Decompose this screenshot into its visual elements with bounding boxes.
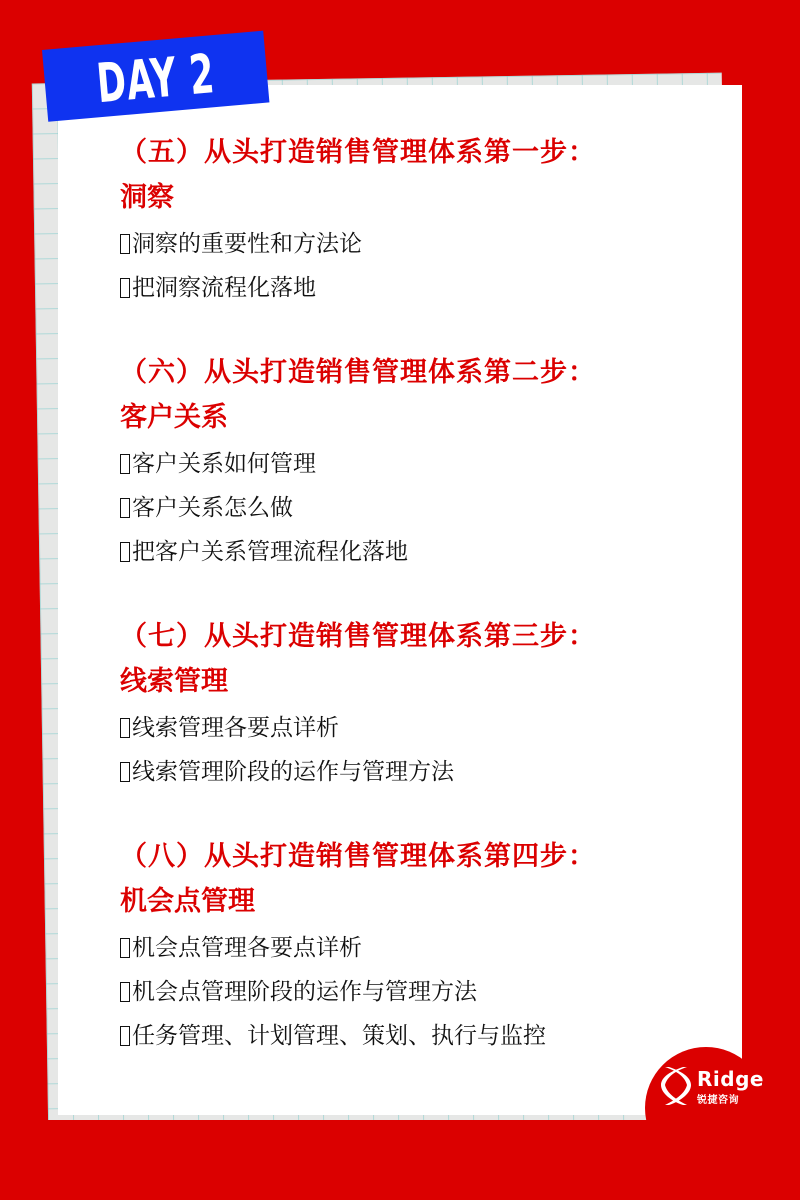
section-subtitle: 客户关系 xyxy=(120,398,690,438)
list-item: 把洞察流程化落地 xyxy=(120,266,690,310)
bullet-box-icon xyxy=(120,1026,130,1046)
list-item-text: 机会点管理各要点详析 xyxy=(132,935,362,961)
section-6: （六）从头打造销售管理体系第二步： 客户关系 客户关系如何管理 客户关系怎么做 … xyxy=(120,348,690,574)
list-item: 机会点管理各要点详析 xyxy=(120,926,690,970)
list-item-text: 客户关系如何管理 xyxy=(132,451,316,477)
bullet-box-icon xyxy=(120,278,130,298)
day-label: DAY 2 xyxy=(94,42,217,115)
list-item-text: 线索管理各要点详析 xyxy=(132,715,339,741)
list-item: 机会点管理阶段的运作与管理方法 xyxy=(120,970,690,1014)
list-item-text: 线索管理阶段的运作与管理方法 xyxy=(132,759,454,785)
list-item-text: 洞察的重要性和方法论 xyxy=(132,231,362,257)
section-title: （七）从头打造销售管理体系第三步： xyxy=(120,612,690,662)
section-title: （八）从头打造销售管理体系第四步： xyxy=(120,832,690,882)
list-item: 任务管理、计划管理、策划、执行与监控 xyxy=(120,1014,690,1058)
list-item-text: 机会点管理阶段的运作与管理方法 xyxy=(132,979,477,1005)
bullet-box-icon xyxy=(120,454,130,474)
list-item-text: 客户关系怎么做 xyxy=(132,495,293,521)
logo-subtitle: 锐捷咨询 xyxy=(697,1091,739,1106)
ridge-logo: Ridge 锐捷咨询 xyxy=(645,1047,767,1169)
section-subtitle: 洞察 xyxy=(120,178,690,218)
section-title: （五）从头打造销售管理体系第一步： xyxy=(120,128,690,178)
list-item: 把客户关系管理流程化落地 xyxy=(120,530,690,574)
section-8: （八）从头打造销售管理体系第四步： 机会点管理 机会点管理各要点详析 机会点管理… xyxy=(120,832,690,1058)
bullet-box-icon xyxy=(120,542,130,562)
section-7: （七）从头打造销售管理体系第三步： 线索管理 线索管理各要点详析 线索管理阶段的… xyxy=(120,612,690,794)
list-item-text: 把洞察流程化落地 xyxy=(132,275,316,301)
list-item: 洞察的重要性和方法论 xyxy=(120,222,690,266)
content-area: （五）从头打造销售管理体系第一步： 洞察 洞察的重要性和方法论 把洞察流程化落地… xyxy=(120,128,690,1096)
list-item: 线索管理各要点详析 xyxy=(120,706,690,750)
section-5: （五）从头打造销售管理体系第一步： 洞察 洞察的重要性和方法论 把洞察流程化落地 xyxy=(120,128,690,310)
section-title: （六）从头打造销售管理体系第二步： xyxy=(120,348,690,398)
list-item: 客户关系如何管理 xyxy=(120,442,690,486)
ribbon-x-icon xyxy=(659,1065,693,1107)
section-subtitle: 机会点管理 xyxy=(120,882,690,922)
bullet-box-icon xyxy=(120,982,130,1002)
logo-name: Ridge xyxy=(697,1067,764,1091)
list-item: 客户关系怎么做 xyxy=(120,486,690,530)
section-subtitle: 线索管理 xyxy=(120,662,690,702)
list-item-text: 任务管理、计划管理、策划、执行与监控 xyxy=(132,1023,546,1049)
list-item: 线索管理阶段的运作与管理方法 xyxy=(120,750,690,794)
bullet-box-icon xyxy=(120,938,130,958)
bullet-box-icon xyxy=(120,234,130,254)
bullet-box-icon xyxy=(120,718,130,738)
bullet-box-icon xyxy=(120,762,130,782)
bullet-box-icon xyxy=(120,498,130,518)
list-item-text: 把客户关系管理流程化落地 xyxy=(132,539,408,565)
